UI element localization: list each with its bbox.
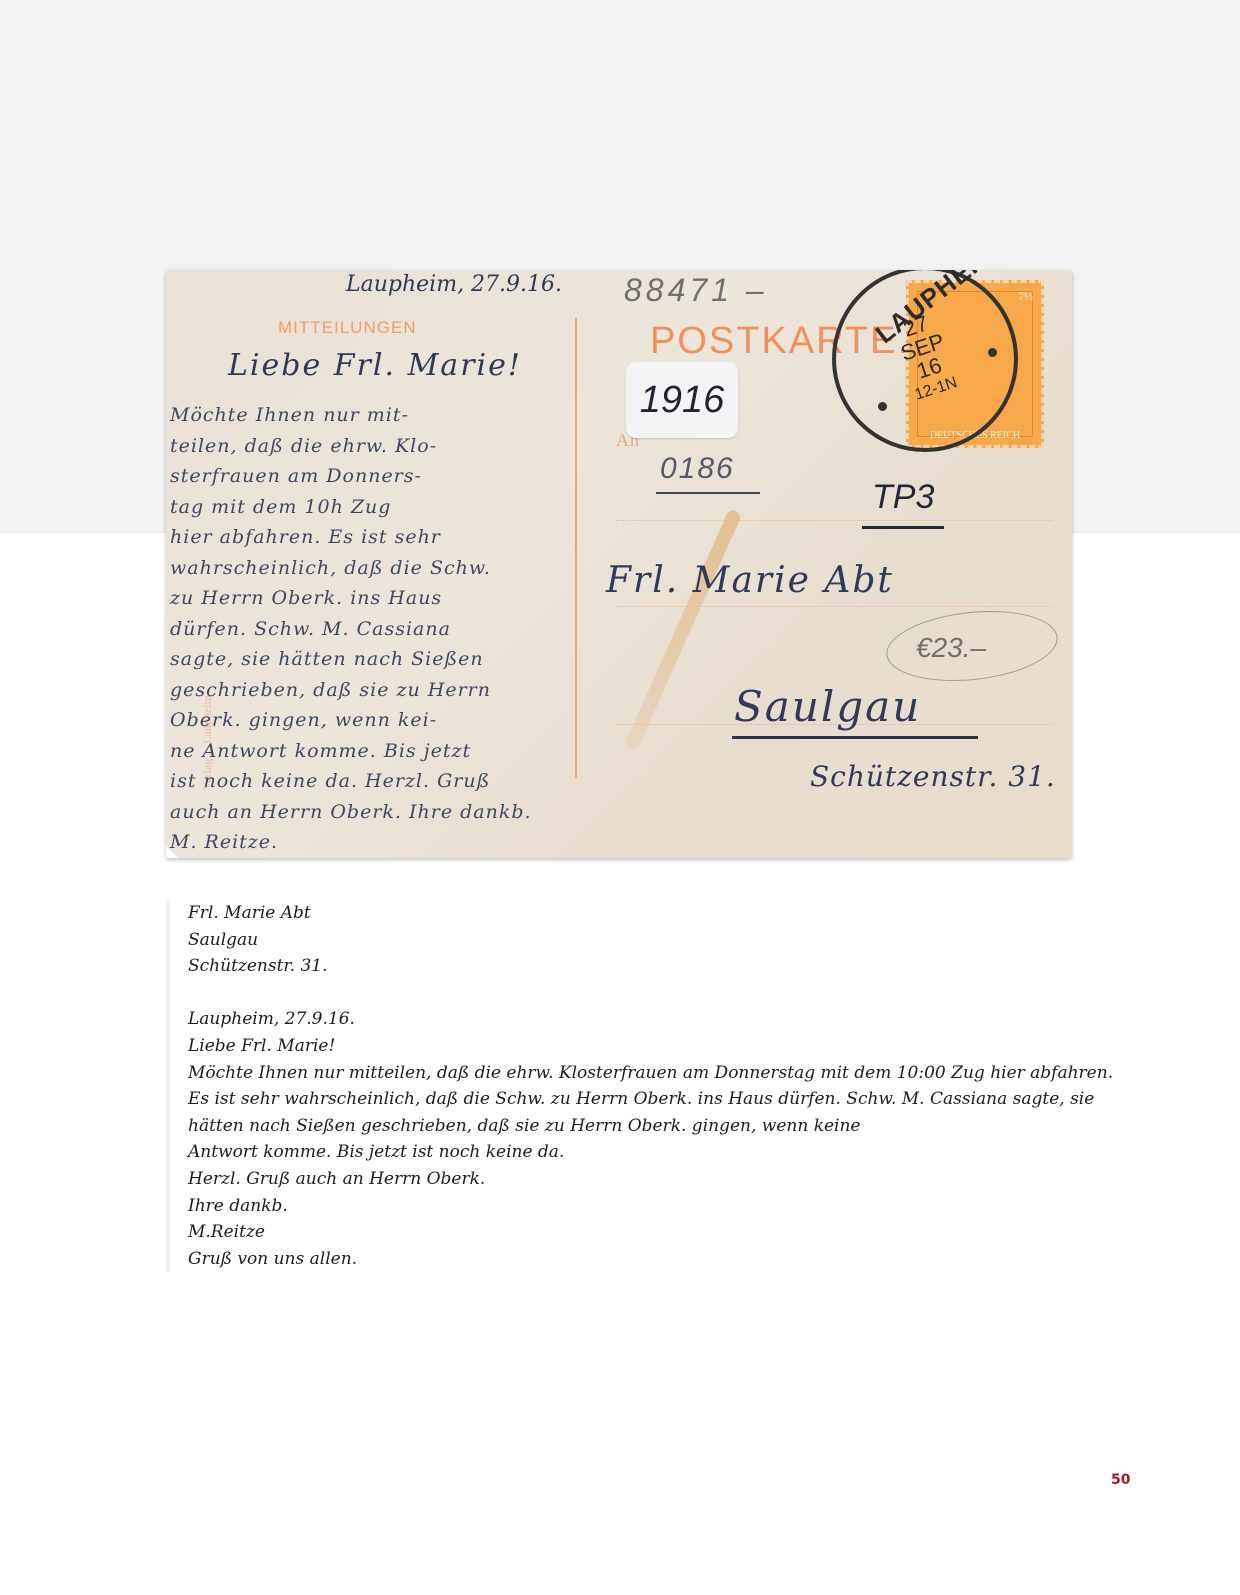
mitteilungen-label: MITTEILUNGEN (278, 318, 417, 338)
transcription-letter-line: Gruß von uns allen. (188, 1246, 1088, 1273)
handwritten-greeting: Liebe Frl. Marie! (228, 348, 522, 383)
postcard-image: MITTEILUNGEN POSTKARTE. An Verlag ... La… (166, 270, 1072, 858)
transcription-letter-line: Möchte Ihnen nur mitteilen, daß die ehrw… (188, 1060, 1088, 1087)
handwritten-body-line: zu Herrn Oberk. ins Haus (170, 587, 442, 609)
handwritten-addressee: Frl. Marie Abt (606, 560, 894, 601)
inventory-underline (656, 492, 760, 494)
handwritten-body-line: teilen, daß die ehrw. Klo- (170, 435, 437, 457)
code-annotation: TP3 (872, 478, 934, 517)
address-line (616, 606, 1052, 608)
stain (624, 508, 743, 751)
postcard-corner (166, 846, 178, 858)
handwritten-city: Saulgau (734, 682, 921, 731)
transcription-letter-line: M.Reitze (188, 1219, 1088, 1246)
handwritten-body-line: sterfrauen am Donners- (170, 465, 422, 487)
postmark-dot (878, 402, 887, 411)
transcription-address-line: Schützenstr. 31. (188, 953, 1088, 980)
handwritten-body-line: ne Antwort komme. Bis jetzt (170, 740, 471, 762)
city-underline (732, 736, 978, 739)
handwritten-body-line: wahrscheinlich, daß die Schw. (170, 557, 491, 579)
year-sticker: 1916 (626, 362, 738, 438)
transcription-letter-line: Ihre dankb. (188, 1193, 1088, 1220)
handwritten-body-line: ist noch keine da. Herzl. Gruß (170, 770, 490, 792)
transcription-letter: Laupheim, 27.9.16.Liebe Frl. Marie!Möcht… (188, 1006, 1088, 1272)
transcription-block: Frl. Marie AbtSaulgauSchützenstr. 31. La… (166, 900, 1088, 1272)
transcription-letter-line: Es ist sehr wahrscheinlich, daß die Schw… (188, 1086, 1088, 1113)
handwritten-body-line: geschrieben, daß sie zu Herrn (170, 679, 491, 701)
transcription-letter-line: Herzl. Gruß auch an Herrn Oberk. (188, 1166, 1088, 1193)
transcription-address-line: Frl. Marie Abt (188, 900, 1088, 927)
code-underline (862, 526, 944, 529)
inventory-number: 0186 (660, 452, 735, 486)
handwritten-body-line: tag mit dem 10h Zug (170, 496, 391, 518)
postmark-dot (988, 348, 997, 357)
price-annotation: €23.– (916, 632, 986, 664)
handwritten-body-line: auch an Herrn Oberk. Ihre dankb. (170, 801, 532, 823)
transcription-address: Frl. Marie AbtSaulgauSchützenstr. 31. (188, 900, 1088, 980)
transcription-letter-line: hätten nach Sießen geschrieben, daß sie … (188, 1113, 1088, 1140)
page-number: 50 (1111, 1472, 1130, 1488)
handwritten-body-line: Möchte Ihnen nur mit- (170, 404, 409, 426)
transcription-letter-line: Liebe Frl. Marie! (188, 1033, 1088, 1060)
handwritten-body-line: hier abfahren. Es ist sehr (170, 526, 441, 548)
transcription-letter-line: Laupheim, 27.9.16. (188, 1006, 1088, 1033)
postmark: LAUPHEIM 27 SEP 16 12-1N (832, 270, 1018, 452)
archive-number: 88471 – (624, 272, 768, 309)
postmark-date: 27 SEP 16 12-1N (891, 309, 960, 406)
postcard-divider (575, 318, 577, 778)
handwritten-body-line: dürfen. Schw. M. Cassiana (170, 618, 451, 640)
stamp-value: 7½ (1018, 289, 1033, 304)
handwritten-street: Schützenstr. 31. (810, 760, 1056, 793)
address-line (616, 520, 1052, 522)
handwritten-body-line: M. Reitze. (170, 831, 278, 853)
year-sticker-text: 1916 (640, 379, 725, 422)
handwritten-body-line: Oberk. gingen, wenn kei- (170, 709, 437, 731)
transcription-address-line: Saulgau (188, 927, 1088, 954)
handwritten-body-line: sagte, sie hätten nach Sießen (170, 648, 484, 670)
transcription-gap (188, 980, 1088, 1007)
transcription-letter-line: Antwort komme. Bis jetzt ist noch keine … (188, 1139, 1088, 1166)
handwritten-place-date: Laupheim, 27.9.16. (346, 272, 562, 297)
